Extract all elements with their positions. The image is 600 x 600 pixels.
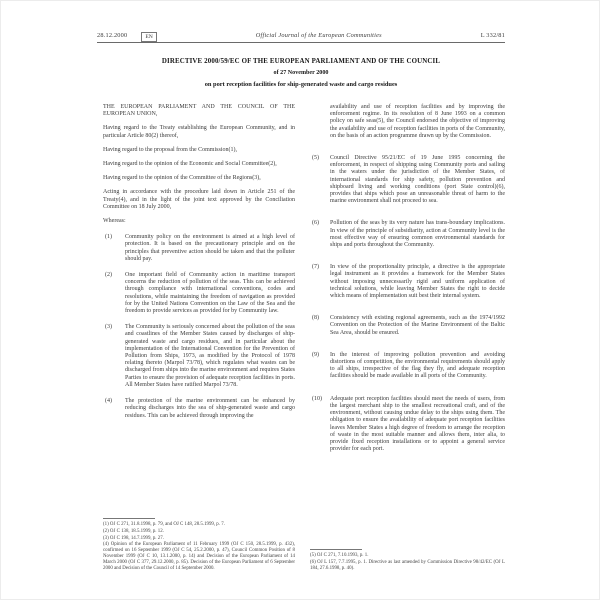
recital-text: Consistency with existing regional agree… bbox=[330, 315, 505, 337]
footnote-separator bbox=[103, 518, 155, 519]
recital-number: (3) bbox=[103, 324, 125, 389]
footnote: (4) Opinion of the European Parliament o… bbox=[103, 542, 295, 572]
recital-number: (6) bbox=[310, 220, 330, 249]
preamble-paragraph: Having regard to the Treaty establishing… bbox=[103, 125, 295, 139]
recital-text: Council Directive 95/21/EC of 19 June 19… bbox=[330, 155, 505, 205]
recital: (5) Council Directive 95/21/EC of 19 Jun… bbox=[310, 155, 505, 205]
left-column: THE EUROPEAN PARLIAMENT AND THE COUNCIL … bbox=[103, 104, 295, 575]
recital-number: (10) bbox=[310, 396, 330, 454]
footnotes-left: (1) OJ C 271, 31.8.1998, p. 79, and OJ C… bbox=[103, 518, 295, 573]
page-reference: L 332/81 bbox=[481, 32, 505, 40]
preamble-paragraph: Having regard to the opinion of the Econ… bbox=[103, 161, 295, 168]
recital-continuation: availability and use of reception facili… bbox=[310, 104, 505, 140]
preamble-paragraph: Acting in accordance with the procedure … bbox=[103, 189, 295, 211]
language-badge: EN bbox=[141, 32, 156, 42]
footnote: (6) OJ L 157, 7.7.1995, p. 1. Directive … bbox=[310, 560, 505, 572]
official-journal-page: 28.12.2000 EN Official Journal of the Eu… bbox=[0, 0, 600, 600]
recital-text: In the interest of improving pollution p… bbox=[330, 352, 505, 381]
recital: (1) Community policy on the environment … bbox=[103, 234, 295, 263]
recital-text: Community policy on the environment is a… bbox=[125, 234, 295, 263]
recital: (3) The Community is seriously concerned… bbox=[103, 324, 295, 389]
recital: (10) Adequate port reception facilities … bbox=[310, 396, 505, 454]
recital-text: The Community is seriously concerned abo… bbox=[125, 324, 295, 389]
recital-number: (1) bbox=[103, 234, 125, 263]
whereas-label: Whereas: bbox=[103, 218, 295, 225]
footnotes-right: (5) OJ C 271, 7.10.1993, p. 1. (6) OJ L … bbox=[310, 549, 505, 573]
page-header: 28.12.2000 EN Official Journal of the Eu… bbox=[97, 30, 505, 43]
recital: (6) Pollution of the seas by its very na… bbox=[310, 220, 505, 249]
right-column: availability and use of reception facili… bbox=[310, 104, 505, 575]
recital-number: (7) bbox=[310, 264, 330, 300]
preamble-paragraph: Having regard to the proposal from the C… bbox=[103, 147, 295, 154]
recital-number: (4) bbox=[103, 398, 125, 420]
recital-text: Adequate port reception facilities shoul… bbox=[330, 396, 505, 454]
preamble-enacting-parties: THE EUROPEAN PARLIAMENT AND THE COUNCIL … bbox=[103, 104, 295, 118]
recital-text: availability and use of reception facili… bbox=[330, 104, 505, 140]
recital-text: Pollution of the seas by its very nature… bbox=[330, 220, 505, 249]
recital-number: (2) bbox=[103, 272, 125, 315]
recital: (8) Consistency with existing regional a… bbox=[310, 315, 505, 337]
recital-number bbox=[310, 104, 330, 140]
recital: (7) In view of the proportionality princ… bbox=[310, 264, 505, 300]
recital: (9) In the interest of improving polluti… bbox=[310, 352, 505, 381]
recital-text: One important field of Community action … bbox=[125, 272, 295, 315]
footnote: (2) OJ C 138, 18.5.1999, p. 12. bbox=[103, 529, 295, 535]
document-title-block: DIRECTIVE 2000/59/EC OF THE EUROPEAN PAR… bbox=[97, 58, 505, 89]
journal-title: Official Journal of the European Communi… bbox=[157, 32, 481, 40]
recital-number: (5) bbox=[310, 155, 330, 205]
recital-number: (8) bbox=[310, 315, 330, 337]
recital: (2) One important field of Community act… bbox=[103, 272, 295, 315]
recital-text: The protection of the marine environment… bbox=[125, 398, 295, 420]
header-date: 28.12.2000 bbox=[97, 32, 127, 40]
directive-subject: on port reception facilities for ship-ge… bbox=[97, 81, 505, 89]
recital-number: (9) bbox=[310, 352, 330, 381]
footnote: (3) OJ C 198, 14.7.1999, p. 27. bbox=[103, 536, 295, 542]
directive-title: DIRECTIVE 2000/59/EC OF THE EUROPEAN PAR… bbox=[97, 58, 505, 66]
footnote-separator bbox=[310, 549, 362, 550]
preamble-paragraph: Having regard to the opinion of the Comm… bbox=[103, 175, 295, 182]
recital-text: In view of the proportionality principle… bbox=[330, 264, 505, 300]
recital: (4) The protection of the marine environ… bbox=[103, 398, 295, 420]
footnote: (5) OJ C 271, 7.10.1993, p. 1. bbox=[310, 553, 505, 559]
footnote: (1) OJ C 271, 31.8.1998, p. 79, and OJ C… bbox=[103, 522, 295, 528]
directive-date: of 27 November 2000 bbox=[97, 70, 505, 77]
